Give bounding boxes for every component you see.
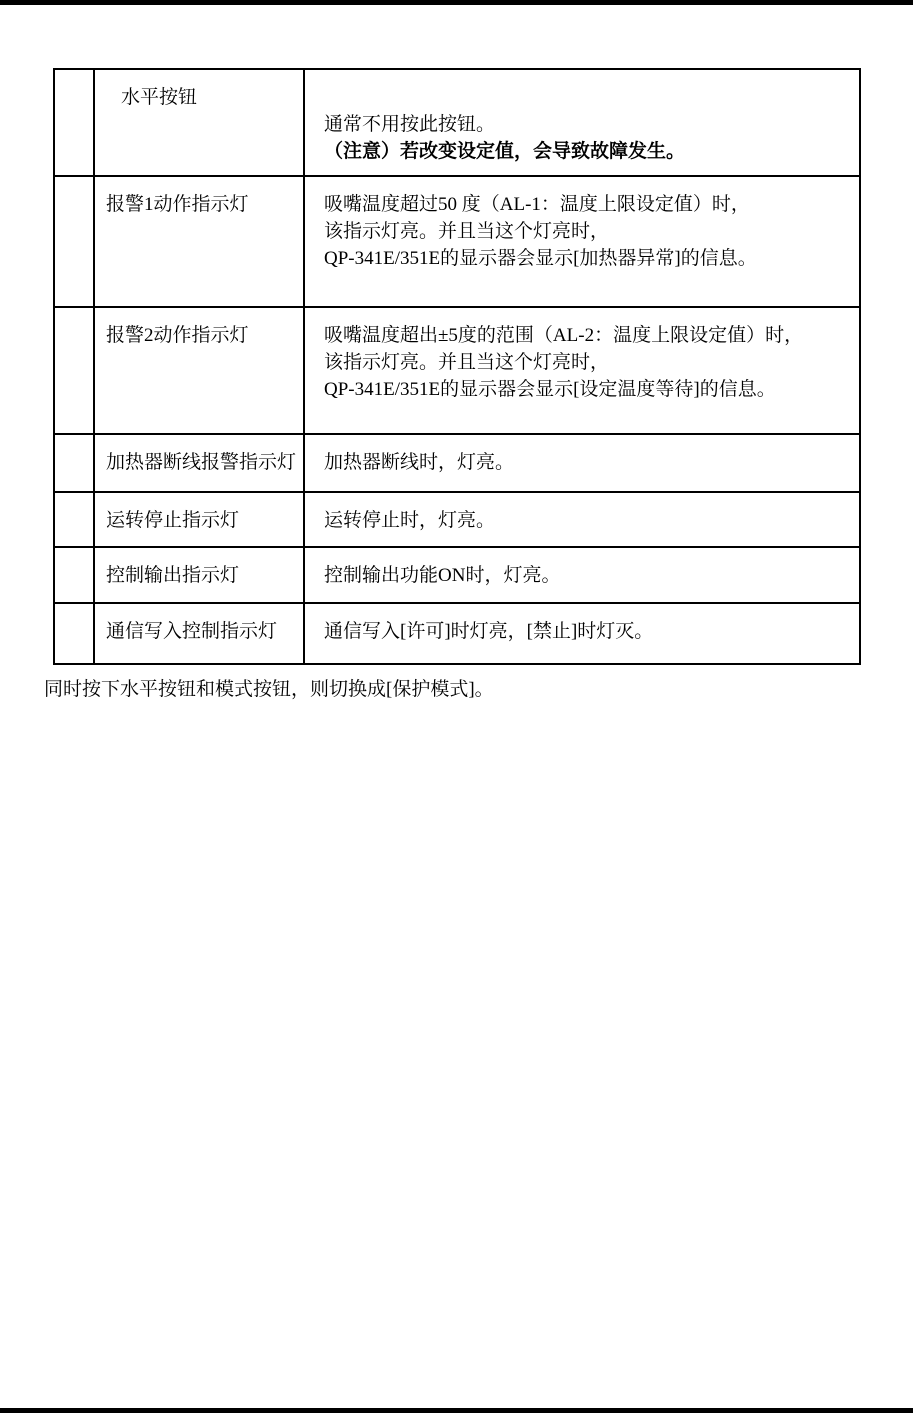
row-label: 水平按钮: [95, 70, 305, 175]
row-label: 加热器断线报警指示灯: [95, 435, 305, 491]
top-horizontal-rule: [0, 0, 913, 5]
footer-note: 同时按下水平按钮和模式按钮，则切换成[保护模式]。: [44, 676, 494, 703]
row-label: 报警1动作指示灯: [95, 177, 305, 306]
row-description: 加热器断线时，灯亮。: [305, 435, 859, 491]
bottom-horizontal-rule: [0, 1408, 913, 1413]
row-label: 控制输出指示灯: [95, 548, 305, 602]
indicator-cell: [55, 308, 95, 433]
table-row: 通信写入控制指示灯 通信写入[许可]时灯亮，[禁止]时灯灭。: [55, 604, 859, 663]
row-description: 运转停止时，灯亮。: [305, 493, 859, 546]
row-description: 通常不用按此按钮。 （注意）若改变设定值，会导致故障发生。: [305, 70, 859, 175]
row-label: 通信写入控制指示灯: [95, 604, 305, 663]
indicator-cell: [55, 177, 95, 306]
table-row: 控制输出指示灯 控制输出功能ON时，灯亮。: [55, 548, 859, 604]
row-description: 控制输出功能ON时，灯亮。: [305, 548, 859, 602]
indicator-cell: [55, 70, 95, 175]
row-description: 通信写入[许可]时灯亮，[禁止]时灯灭。: [305, 604, 859, 663]
table-row: 运转停止指示灯 运转停止时，灯亮。: [55, 493, 859, 548]
indicator-cell: [55, 493, 95, 546]
description-text: 通常不用按此按钮。: [324, 114, 495, 135]
table-row: 报警1动作指示灯 吸嘴温度超过50 度（AL-1：温度上限设定值）时， 该指示灯…: [55, 177, 859, 308]
table-row: 水平按钮 通常不用按此按钮。 （注意）若改变设定值，会导致故障发生。: [55, 70, 859, 177]
indicator-cell: [55, 435, 95, 491]
row-label: 报警2动作指示灯: [95, 308, 305, 433]
row-description: 吸嘴温度超出±5度的范围（AL-2：温度上限设定值）时， 该指示灯亮。并且当这个…: [305, 308, 859, 433]
indicator-description-table: 水平按钮 通常不用按此按钮。 （注意）若改变设定值，会导致故障发生。 报警1动作…: [53, 68, 861, 665]
document-page: 水平按钮 通常不用按此按钮。 （注意）若改变设定值，会导致故障发生。 报警1动作…: [0, 0, 913, 1416]
indicator-cell: [55, 604, 95, 663]
indicator-cell: [55, 548, 95, 602]
warning-text: （注意）若改变设定值，会导致故障发生。: [324, 138, 853, 165]
table-row: 加热器断线报警指示灯 加热器断线时，灯亮。: [55, 435, 859, 493]
row-description: 吸嘴温度超过50 度（AL-1：温度上限设定值）时， 该指示灯亮。并且当这个灯亮…: [305, 177, 859, 306]
table-row: 报警2动作指示灯 吸嘴温度超出±5度的范围（AL-2：温度上限设定值）时， 该指…: [55, 308, 859, 435]
row-label: 运转停止指示灯: [95, 493, 305, 546]
